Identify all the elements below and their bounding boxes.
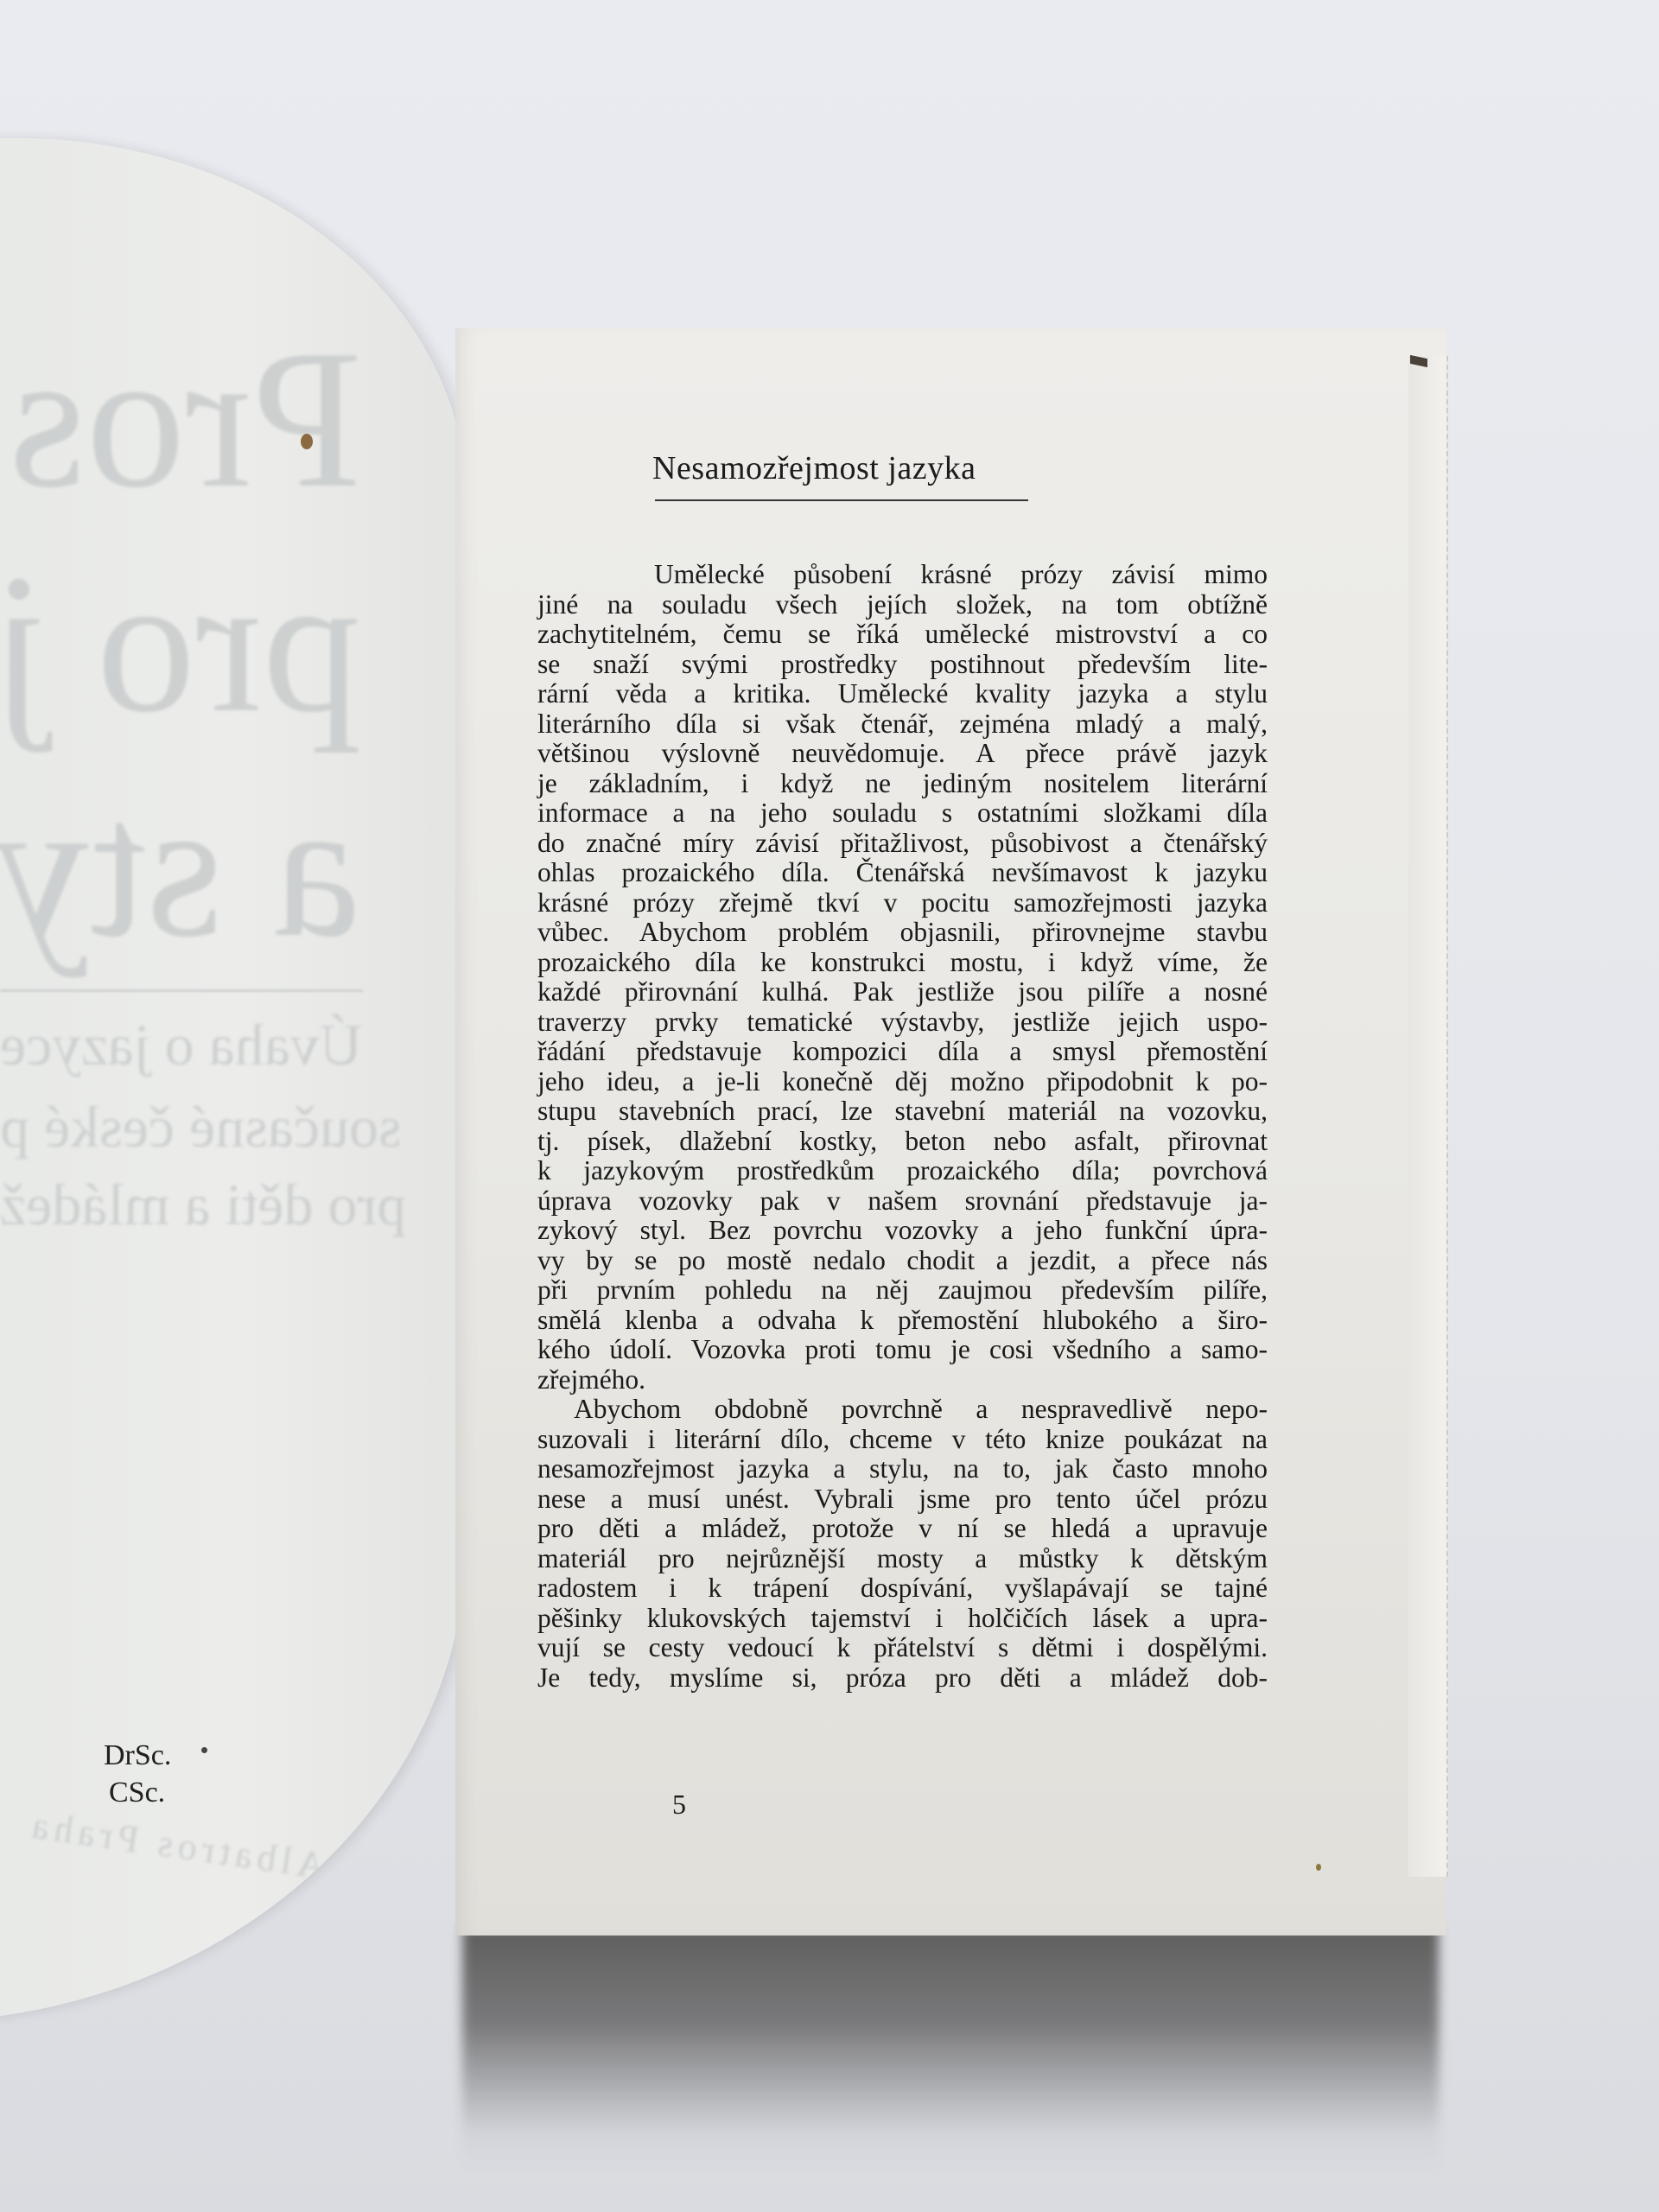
left-page: Pros pro j a sty Úvaha o jazyce současné… <box>0 138 467 2022</box>
text-line: k jazykovým prostředkům prozaického díla… <box>537 1156 1268 1186</box>
text-line: prozaického díla ke konstrukci mostu, i … <box>537 948 1268 978</box>
text-line: radostem i k trápení dospívání, vyšlapáv… <box>537 1573 1268 1604</box>
text-line: zykový styl. Bez povrchu vozovky a jeho … <box>537 1216 1268 1246</box>
text-line: informace a na jeho souladu s ostatními … <box>537 798 1268 829</box>
paper-speck <box>1316 1864 1321 1871</box>
ghost-title-line: pro j <box>0 544 361 743</box>
text-line: literárního díla si však čtenář, zejména… <box>537 709 1268 740</box>
ghost-subtitle-line: pro děti a mládež <box>0 1175 406 1234</box>
text-line: nese a musí unést. Vybrali jsme pro tent… <box>537 1484 1268 1515</box>
book-shadow <box>462 1927 1439 2169</box>
text-line: se snaží svými prostředky postihnout pře… <box>537 650 1268 680</box>
ghost-divider <box>0 989 363 992</box>
text-line: tj. písek, dlažební kostky, beton nebo a… <box>537 1127 1268 1157</box>
text-line: smělá klenba a odvaha k přemostění hlubo… <box>537 1306 1268 1336</box>
text-line: suzovali i literární dílo, chceme v této… <box>537 1425 1268 1455</box>
text-line: vují se cesty vedoucí k přátelství s dět… <box>537 1633 1268 1663</box>
text-line: ohlas prozaického díla. Čtenářská nevším… <box>537 858 1268 888</box>
text-line: do značné míry závisí přitažlivost, půso… <box>537 829 1268 859</box>
text-line: stupu stavebních prací, lze stavební mat… <box>537 1096 1268 1127</box>
text-line: jiné na souladu všech jejích složek, na … <box>537 590 1268 620</box>
text-line: zachytitelném, čemu se říká umělecké mis… <box>537 620 1268 650</box>
text-line: vy by se po mostě nedalo chodit a jezdit… <box>537 1246 1268 1276</box>
text-line: nesamozřejmost jazyka a stylu, na to, ja… <box>537 1454 1268 1484</box>
ghost-publisher: Albatros Praha <box>24 1802 327 1888</box>
text-line: každé přirovnání kulhá. Pak jestliže jso… <box>537 977 1268 1007</box>
paper-speck <box>201 1747 207 1753</box>
text-line: krásné prózy zřejmě tkví v pocitu samozř… <box>537 888 1268 918</box>
title-underline <box>655 499 1028 501</box>
text-line: většinou výslovně neuvědomuje. A přece p… <box>537 739 1268 769</box>
text-line: materiál pro nejrůznější mosty a můstky … <box>537 1544 1268 1574</box>
text-line: kého údolí. Vozovka proti tomu je cosi v… <box>537 1335 1268 1365</box>
text-line: je základním, i když ne jediným nositele… <box>537 769 1268 799</box>
text-line: řádání představuje kompozici díla a smys… <box>537 1037 1268 1067</box>
text-line: Je tedy, myslíme si, próza pro děti a ml… <box>537 1663 1268 1694</box>
text-line: zřejmého. <box>537 1365 1268 1395</box>
text-line: pro děti a mládež, protože v ní se hledá… <box>537 1514 1268 1544</box>
page-number: 5 <box>672 1789 686 1821</box>
text-line: vůbec. Abychom problém objasnili, přirov… <box>537 918 1268 948</box>
paper-stain <box>301 434 313 449</box>
ghost-title-line: a sty <box>0 769 361 968</box>
body-text: Umělecké působení krásné prózy závisí mi… <box>537 560 1268 1693</box>
chapter-title: Nesamozřejmost jazyka <box>652 449 976 487</box>
ghost-title-line: Pros <box>9 320 362 518</box>
page-edge <box>1408 356 1448 1877</box>
text-line: Abychom obdobně povrchně a nespravedlivě… <box>537 1395 1268 1425</box>
ghost-subtitle-line: současné české p <box>0 1097 401 1156</box>
author-credit-drsc: DrSc. <box>104 1741 171 1770</box>
text-line: Umělecké působení krásné prózy závisí mi… <box>537 560 1268 590</box>
text-line: traverzy prvky tematické výstavby, jestl… <box>537 1007 1268 1038</box>
text-line: pěšinky klukovských tajemství i holčičíc… <box>537 1604 1268 1634</box>
text-line: rární věda a kritika. Umělecké kvality j… <box>537 679 1268 709</box>
text-line: jeho ideu, a je-li konečně děj možno při… <box>537 1067 1268 1097</box>
text-line: při prvním pohledu na něj zaujmou předev… <box>537 1275 1268 1306</box>
author-credit-csc: CSc. <box>109 1778 165 1808</box>
text-line: úprava vozovky pak v našem srovnání před… <box>537 1186 1268 1217</box>
ghost-subtitle-line: Úvaha o jazyce <box>0 1015 362 1074</box>
